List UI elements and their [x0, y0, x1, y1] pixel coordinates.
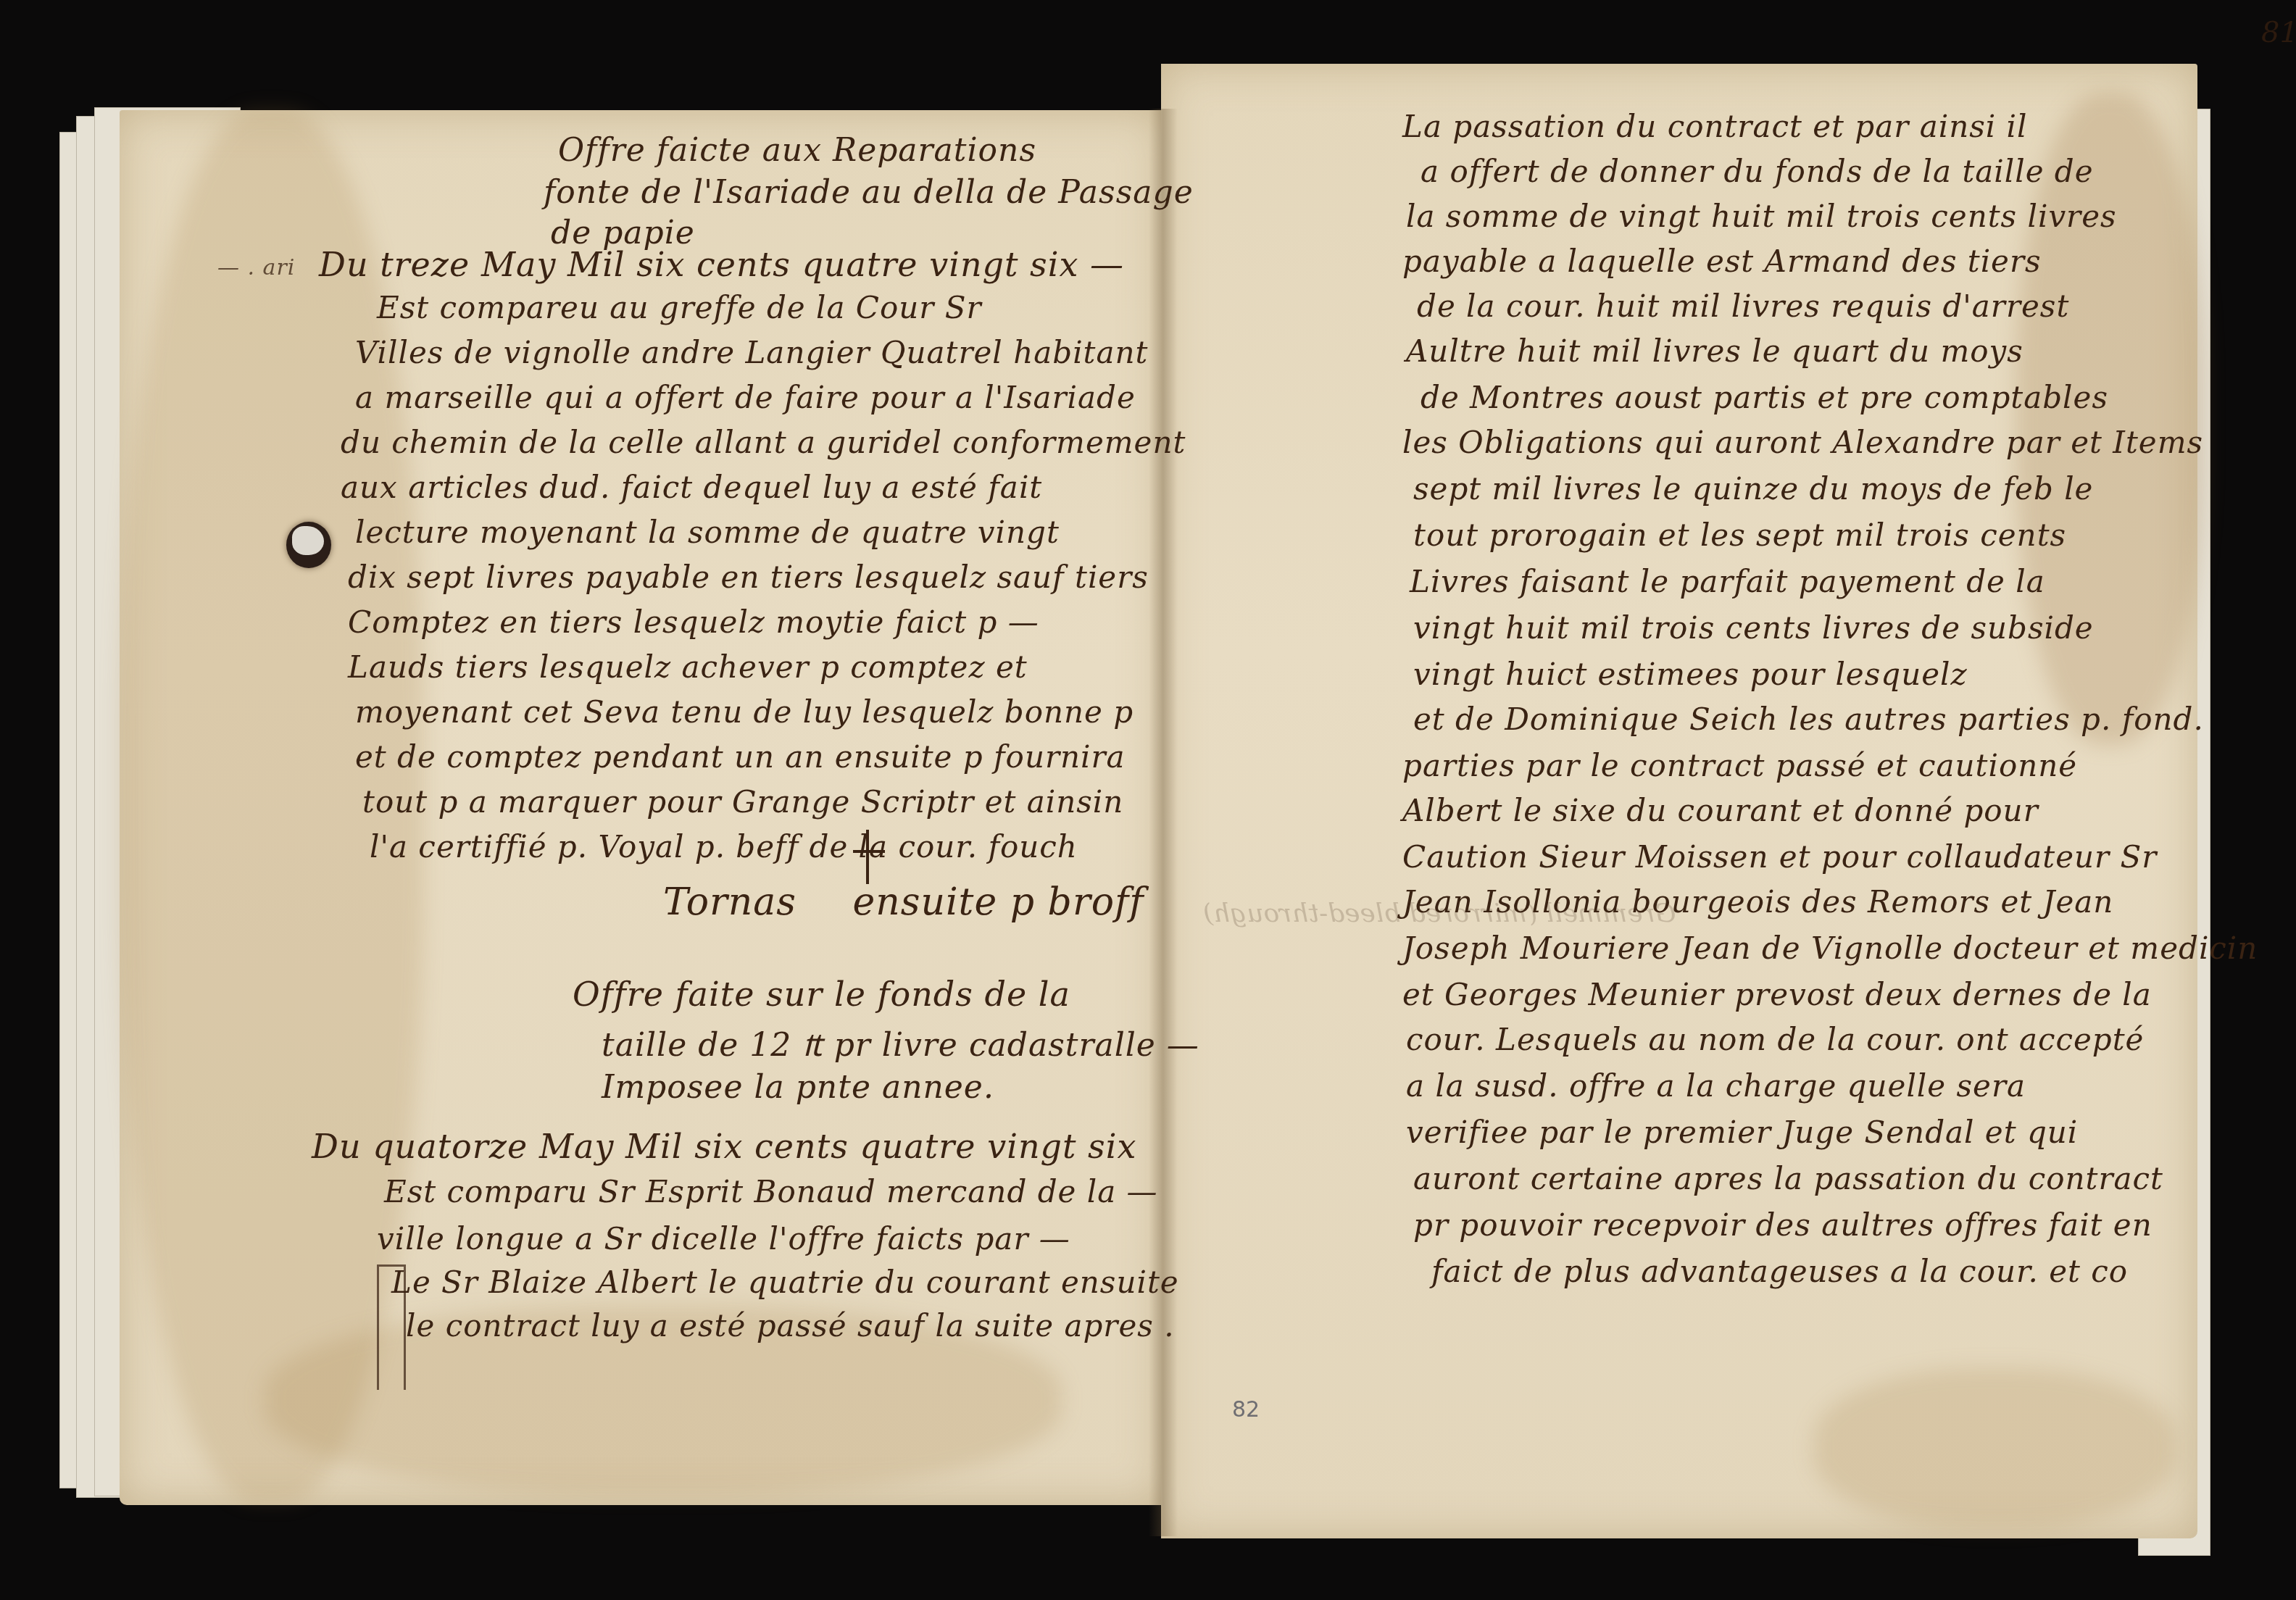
left-heading3-line: Offre faite sur le fonds de la: [573, 975, 1070, 1014]
left-entry1-line: lecture moyenant la somme de quatre ving…: [355, 514, 1060, 550]
left-heading-line: fonte de l'Isariade au della de Passage: [544, 174, 1194, 211]
binding-hole: [286, 522, 331, 568]
left-entry1-line: dix sept livres payable en tiers lesquel…: [348, 559, 1149, 595]
margin-mark: — . ari: [217, 255, 295, 280]
right-line: vingt huit mil trois cents livres de sub…: [1413, 610, 2094, 646]
right-line: Joseph Mouriere Jean de Vignolle docteur…: [1402, 930, 2258, 966]
right-line: Livres faisant le parfait payement de la: [1410, 564, 2045, 599]
left-heading2: Tornas ensuite p broff: [663, 880, 1144, 924]
folio-number: 81: [2261, 16, 2296, 49]
left-heading3-line: taille de 12 ₶ pr livre cadastralle —: [602, 1022, 1199, 1065]
right-line: de Montres aoust partis et pre comptable…: [1421, 380, 2108, 415]
left-entry1-line: du chemin de la celle allant a guridel c…: [341, 425, 1186, 460]
heading2-rest: ensuite p broff: [853, 880, 1144, 924]
water-stain: [1813, 1368, 2176, 1528]
right-line: verifiee par le premier Juge Sendal et q…: [1406, 1114, 2078, 1150]
right-line: tout prorogain et les sept mil trois cen…: [1413, 517, 2066, 553]
left-entry1-line: et de comptez pendant un an ensuite p fo…: [355, 739, 1126, 775]
right-line: payable a laquelle est Armand des tiers: [1402, 243, 2042, 279]
left-entry1-line: Est compareu au greffe de la Cour Sr: [377, 290, 982, 325]
left-entry1-line: Lauds tiers lesquelz achever p comptez e…: [348, 649, 1028, 685]
right-line: les Obligations qui auront Alexandre par…: [1402, 425, 2203, 460]
right-line: a offert de donner du fonds de la taille…: [1421, 154, 2094, 189]
left-entry1-line: aux articles dud. faict dequel luy a est…: [341, 470, 1042, 505]
right-line: Aultre huit mil livres le quart du moys: [1406, 333, 2023, 369]
left-entry1-line: Du treze May Mil six cents quatre vingt …: [319, 245, 1124, 284]
right-line: parties par le contract passé et caution…: [1402, 748, 2077, 783]
left-entry1-line: Villes de vignolle andre Langier Quatrel…: [355, 335, 1148, 370]
water-stain: [2016, 93, 2205, 745]
right-line: Caution Sieur Moissen et pour collaudate…: [1402, 839, 2157, 875]
left-entry1-line: tout p a marquer pour Grange Scriptr et …: [362, 784, 1123, 820]
right-line: et de Dominique Seich les autres parties…: [1413, 701, 2204, 737]
right-line: de la cour. huit mil livres requis d'arr…: [1417, 288, 2069, 324]
left-entry2-line: ville longue a Sr dicelle l'offre faicts…: [377, 1221, 1070, 1257]
left-entry2-line: Du quatorze May Mil six cents quatre vin…: [312, 1127, 1136, 1166]
right-line: la somme de vingt huit mil trois cents l…: [1406, 199, 2117, 234]
right-line: auront certaine apres la passation du co…: [1413, 1161, 2163, 1196]
right-line: Albert le sixe du courant et donné pour: [1402, 793, 2039, 828]
left-entry2-line: Le Sr Blaize Albert le quatrie du couran…: [391, 1264, 1179, 1300]
pencil-page-number: 82: [1232, 1397, 1260, 1422]
right-line: vingt huict estimees pour lesquelz: [1413, 657, 1968, 692]
left-entry1-line: l'a certiffié p. Voyal p. beff de la cou…: [370, 829, 1078, 864]
right-line: La passation du contract et par ainsi il: [1402, 109, 2027, 144]
right-line: et Georges Meunier prevost deux dernes d…: [1402, 977, 2152, 1012]
left-heading3-line: Imposee la pnte annee.: [602, 1069, 994, 1106]
right-line: faict de plus advantageuses a la cour. e…: [1431, 1254, 2128, 1289]
right-line: pr pouvoir recepvoir des aultres offres …: [1413, 1207, 2152, 1243]
right-line: cour. Lesquels au nom de la cour. ont ac…: [1406, 1022, 2144, 1057]
right-line: a la susd. offre a la charge quelle sera: [1406, 1068, 2026, 1104]
left-entry1-line: Comptez en tiers lesquelz moytie faict p…: [348, 604, 1039, 640]
left-entry1-line: a marseille qui a offert de faire pour a…: [355, 380, 1136, 415]
left-entry2-line: Est comparu Sr Esprit Bonaud mercand de …: [384, 1174, 1158, 1209]
left-entry1-line: moyenant cet Seva tenu de luy lesquelz b…: [355, 694, 1134, 730]
heading2-name: Tornas: [663, 880, 796, 924]
right-line: Jean Isollonia bourgeois des Remors et J…: [1402, 884, 2113, 920]
right-line: sept mil livres le quinze du moys de feb…: [1413, 471, 2093, 507]
left-entry2-line: le contract luy a esté passé sauf la sui…: [406, 1308, 1175, 1343]
left-heading-line: Offre faicte aux Reparations: [558, 132, 1036, 169]
